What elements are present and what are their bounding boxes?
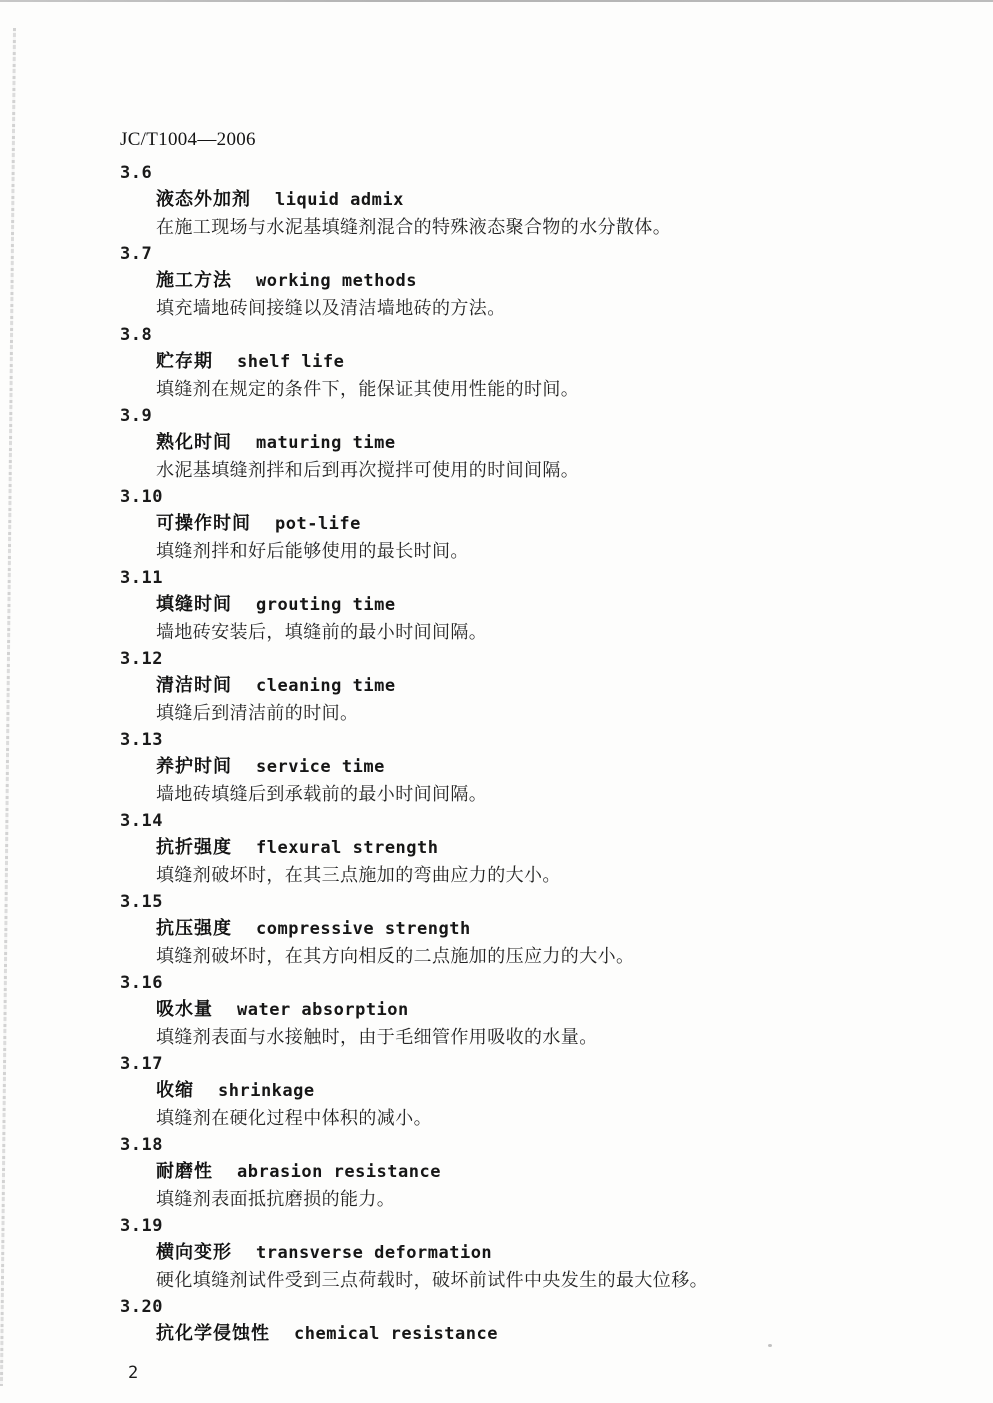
term-chinese: 可操作时间 <box>156 513 251 533</box>
scan-speck <box>768 1344 772 1347</box>
term-section: 3.10 可操作时间 pot-life 填缝剂拌和好后能够使用的最长时间。 <box>120 484 760 564</box>
term-section: 3.19 横向变形 transverse deformation 硬化填缝剂试件… <box>120 1213 760 1293</box>
term-english: water absorption <box>237 1000 409 1020</box>
term-line: 抗化学侵蚀性 chemical resistance <box>120 1320 760 1348</box>
term-definition: 墙地砖填缝后到承载前的最小时间间隔。 <box>120 781 760 807</box>
term-english: transverse deformation <box>256 1243 492 1263</box>
section-number: 3.14 <box>120 808 760 834</box>
term-chinese: 横向变形 <box>156 1242 232 1262</box>
term-definition: 水泥基填缝剂拌和后到再次搅拌可使用的时间间隔。 <box>120 457 760 483</box>
term-english: pot-life <box>275 514 361 534</box>
section-number: 3.10 <box>120 484 760 510</box>
term-chinese: 抗折强度 <box>156 837 232 857</box>
term-section: 3.12 清洁时间 cleaning time 填缝后到清洁前的时间。 <box>120 646 760 726</box>
term-chinese: 吸水量 <box>156 999 213 1019</box>
term-definition: 填缝剂破坏时，在其三点施加的弯曲应力的大小。 <box>120 862 760 888</box>
standard-number-header: JC/T1004—2006 <box>120 127 760 153</box>
term-line: 施工方法 working methods <box>120 267 760 295</box>
section-number: 3.7 <box>120 241 760 267</box>
section-number: 3.15 <box>120 889 760 915</box>
term-definition: 墙地砖安装后，填缝前的最小时间间隔。 <box>120 619 760 645</box>
term-section: 3.16 吸水量 water absorption 填缝剂表面与水接触时，由于毛… <box>120 970 760 1050</box>
term-section: 3.11 填缝时间 grouting time 墙地砖安装后，填缝前的最小时间间… <box>120 565 760 645</box>
term-english: flexural strength <box>256 838 439 858</box>
term-section: 3.8 贮存期 shelf life 填缝剂在规定的条件下，能保证其使用性能的时… <box>120 322 760 402</box>
section-number: 3.8 <box>120 322 760 348</box>
term-english: shrinkage <box>218 1081 315 1101</box>
term-definition: 填充墙地砖间接缝以及清洁墙地砖的方法。 <box>120 295 760 321</box>
page-content: JC/T1004—2006 3.6 液态外加剂 liquid admix 在施工… <box>120 127 760 1384</box>
scan-left-edge-line <box>0 28 16 1386</box>
terms-list: 3.6 液态外加剂 liquid admix 在施工现场与水泥基填缝剂混合的特殊… <box>120 160 760 1348</box>
term-english: service time <box>256 757 385 777</box>
page-number: 2 <box>120 1362 760 1384</box>
term-chinese: 液态外加剂 <box>156 189 251 209</box>
section-number: 3.12 <box>120 646 760 672</box>
term-chinese: 养护时间 <box>156 756 232 776</box>
term-definition: 填缝剂破坏时，在其方向相反的二点施加的压应力的大小。 <box>120 943 760 969</box>
term-chinese: 抗压强度 <box>156 918 232 938</box>
term-definition: 填缝后到清洁前的时间。 <box>120 700 760 726</box>
term-section: 3.7 施工方法 working methods 填充墙地砖间接缝以及清洁墙地砖… <box>120 241 760 321</box>
term-line: 清洁时间 cleaning time <box>120 672 760 700</box>
term-line: 贮存期 shelf life <box>120 348 760 376</box>
term-chinese: 耐磨性 <box>156 1161 213 1181</box>
term-line: 液态外加剂 liquid admix <box>120 186 760 214</box>
section-number: 3.16 <box>120 970 760 996</box>
section-number: 3.13 <box>120 727 760 753</box>
term-line: 养护时间 service time <box>120 753 760 781</box>
term-chinese: 收缩 <box>156 1080 194 1100</box>
term-english: abrasion resistance <box>237 1162 441 1182</box>
term-section: 3.14 抗折强度 flexural strength 填缝剂破坏时，在其三点施… <box>120 808 760 888</box>
term-english: chemical resistance <box>294 1324 498 1344</box>
term-chinese: 熟化时间 <box>156 432 232 452</box>
term-english: cleaning time <box>256 676 396 696</box>
term-line: 熟化时间 maturing time <box>120 429 760 457</box>
section-number: 3.11 <box>120 565 760 591</box>
section-number: 3.17 <box>120 1051 760 1077</box>
term-definition: 填缝剂在规定的条件下，能保证其使用性能的时间。 <box>120 376 760 402</box>
term-section: 3.17 收缩 shrinkage 填缝剂在硬化过程中体积的减小。 <box>120 1051 760 1131</box>
term-definition: 填缝剂在硬化过程中体积的减小。 <box>120 1105 760 1131</box>
term-section: 3.6 液态外加剂 liquid admix 在施工现场与水泥基填缝剂混合的特殊… <box>120 160 760 240</box>
term-section: 3.18 耐磨性 abrasion resistance 填缝剂表面抵抗磨损的能… <box>120 1132 760 1212</box>
term-line: 填缝时间 grouting time <box>120 591 760 619</box>
section-number: 3.19 <box>120 1213 760 1239</box>
term-chinese: 贮存期 <box>156 351 213 371</box>
term-section: 3.9 熟化时间 maturing time 水泥基填缝剂拌和后到再次搅拌可使用… <box>120 403 760 483</box>
section-number: 3.9 <box>120 403 760 429</box>
term-definition: 填缝剂表面抵抗磨损的能力。 <box>120 1186 760 1212</box>
term-line: 可操作时间 pot-life <box>120 510 760 538</box>
term-chinese: 填缝时间 <box>156 594 232 614</box>
term-definition: 在施工现场与水泥基填缝剂混合的特殊液态聚合物的水分散体。 <box>120 214 760 240</box>
term-section: 3.20 抗化学侵蚀性 chemical resistance <box>120 1294 760 1348</box>
term-line: 抗压强度 compressive strength <box>120 915 760 943</box>
term-english: compressive strength <box>256 919 471 939</box>
term-line: 吸水量 water absorption <box>120 996 760 1024</box>
section-number: 3.18 <box>120 1132 760 1158</box>
term-definition: 填缝剂拌和好后能够使用的最长时间。 <box>120 538 760 564</box>
term-section: 3.15 抗压强度 compressive strength 填缝剂破坏时，在其… <box>120 889 760 969</box>
term-line: 抗折强度 flexural strength <box>120 834 760 862</box>
section-number: 3.20 <box>120 1294 760 1320</box>
term-definition: 硬化填缝剂试件受到三点荷载时，破坏前试件中央发生的最大位移。 <box>120 1267 760 1293</box>
term-chinese: 施工方法 <box>156 270 232 290</box>
term-english: shelf life <box>237 352 344 372</box>
term-chinese: 清洁时间 <box>156 675 232 695</box>
term-line: 收缩 shrinkage <box>120 1077 760 1105</box>
term-definition: 填缝剂表面与水接触时，由于毛细管作用吸收的水量。 <box>120 1024 760 1050</box>
term-chinese: 抗化学侵蚀性 <box>156 1323 270 1343</box>
term-english: grouting time <box>256 595 396 615</box>
term-section: 3.13 养护时间 service time 墙地砖填缝后到承载前的最小时间间隔… <box>120 727 760 807</box>
term-line: 耐磨性 abrasion resistance <box>120 1158 760 1186</box>
term-line: 横向变形 transverse deformation <box>120 1239 760 1267</box>
section-number: 3.6 <box>120 160 760 186</box>
term-english: maturing time <box>256 433 396 453</box>
term-english: working methods <box>256 271 417 291</box>
term-english: liquid admix <box>275 190 404 210</box>
scan-top-edge <box>0 0 993 2</box>
